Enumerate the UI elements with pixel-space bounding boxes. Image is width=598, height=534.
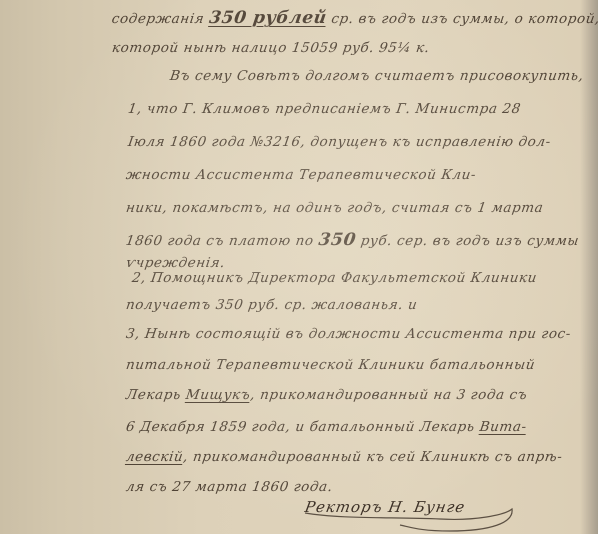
line-text: , прикомандированный къ сей Клиникѣ съ а… xyxy=(182,449,563,465)
underlined-amount: 350 рублей xyxy=(208,8,328,28)
text-line-9: ѵчрежденiя. xyxy=(125,255,226,271)
text-line-17: ля съ 27 марта 1860 года. xyxy=(125,479,334,495)
text-line-4: 1, что Г. Климовъ предписанiемъ Г. Минис… xyxy=(127,101,522,117)
text-line-5: Iюля 1860 года №3216, допущенъ къ исправ… xyxy=(127,134,552,150)
text-line-13: питальной Терапевтической Клиники баталь… xyxy=(125,357,536,373)
underlined-name: левскiй xyxy=(125,449,185,465)
line-text: , прикомандированный на 3 года съ xyxy=(249,387,528,403)
text-line-1: содержанiя 350 рублей ср. въ годъ изъ су… xyxy=(111,8,598,28)
text-line-2: которой нынѣ налицо 15059 руб. 95¼ к. xyxy=(111,40,431,56)
text-line-6: жности Ассистента Терапевтической Кли- xyxy=(125,167,477,183)
line-text: 6 Декабря 1859 года, и батальонный Лекар… xyxy=(125,419,481,435)
text-line-10: 2, Помощникъ Директора Факультетской Кли… xyxy=(131,270,538,286)
signature-flourish-icon xyxy=(300,505,520,534)
text-line-11: получаетъ 350 руб. ср. жалованья. и xyxy=(125,297,419,313)
text-line-8: 1860 года съ платою по 350 руб. сер. въ … xyxy=(125,230,581,250)
text-line-12: 3, Нынѣ состоящiй въ должности Ассистент… xyxy=(125,326,572,342)
text-line-14: Лекарь Мищукъ, прикомандированный на 3 г… xyxy=(125,387,529,403)
text-line-15: 6 Декабря 1859 года, и батальонный Лекар… xyxy=(125,419,528,435)
line-text: руб. сер. въ годъ изъ суммы xyxy=(355,233,580,249)
line-text: ср. въ годъ изъ суммы, о которой, xyxy=(325,11,598,27)
underlined-name: Вита- xyxy=(479,419,528,435)
line-text: содержанiя xyxy=(111,11,211,27)
line-text: Лекарь xyxy=(125,387,187,403)
amount: 350 xyxy=(317,230,357,250)
document-page: содержанiя 350 рублей ср. въ годъ изъ су… xyxy=(0,0,598,534)
text-line-7: ники, покамѣстъ, на одинъ годъ, считая с… xyxy=(125,200,545,216)
text-line-3: Въ сему Совѣтъ долгомъ считаетъ присовок… xyxy=(169,68,585,84)
line-text: 1860 года съ платою по xyxy=(125,233,320,249)
underlined-name: Мищукъ xyxy=(185,387,252,403)
text-line-16: левскiй, прикомандированный къ сей Клини… xyxy=(125,449,564,465)
